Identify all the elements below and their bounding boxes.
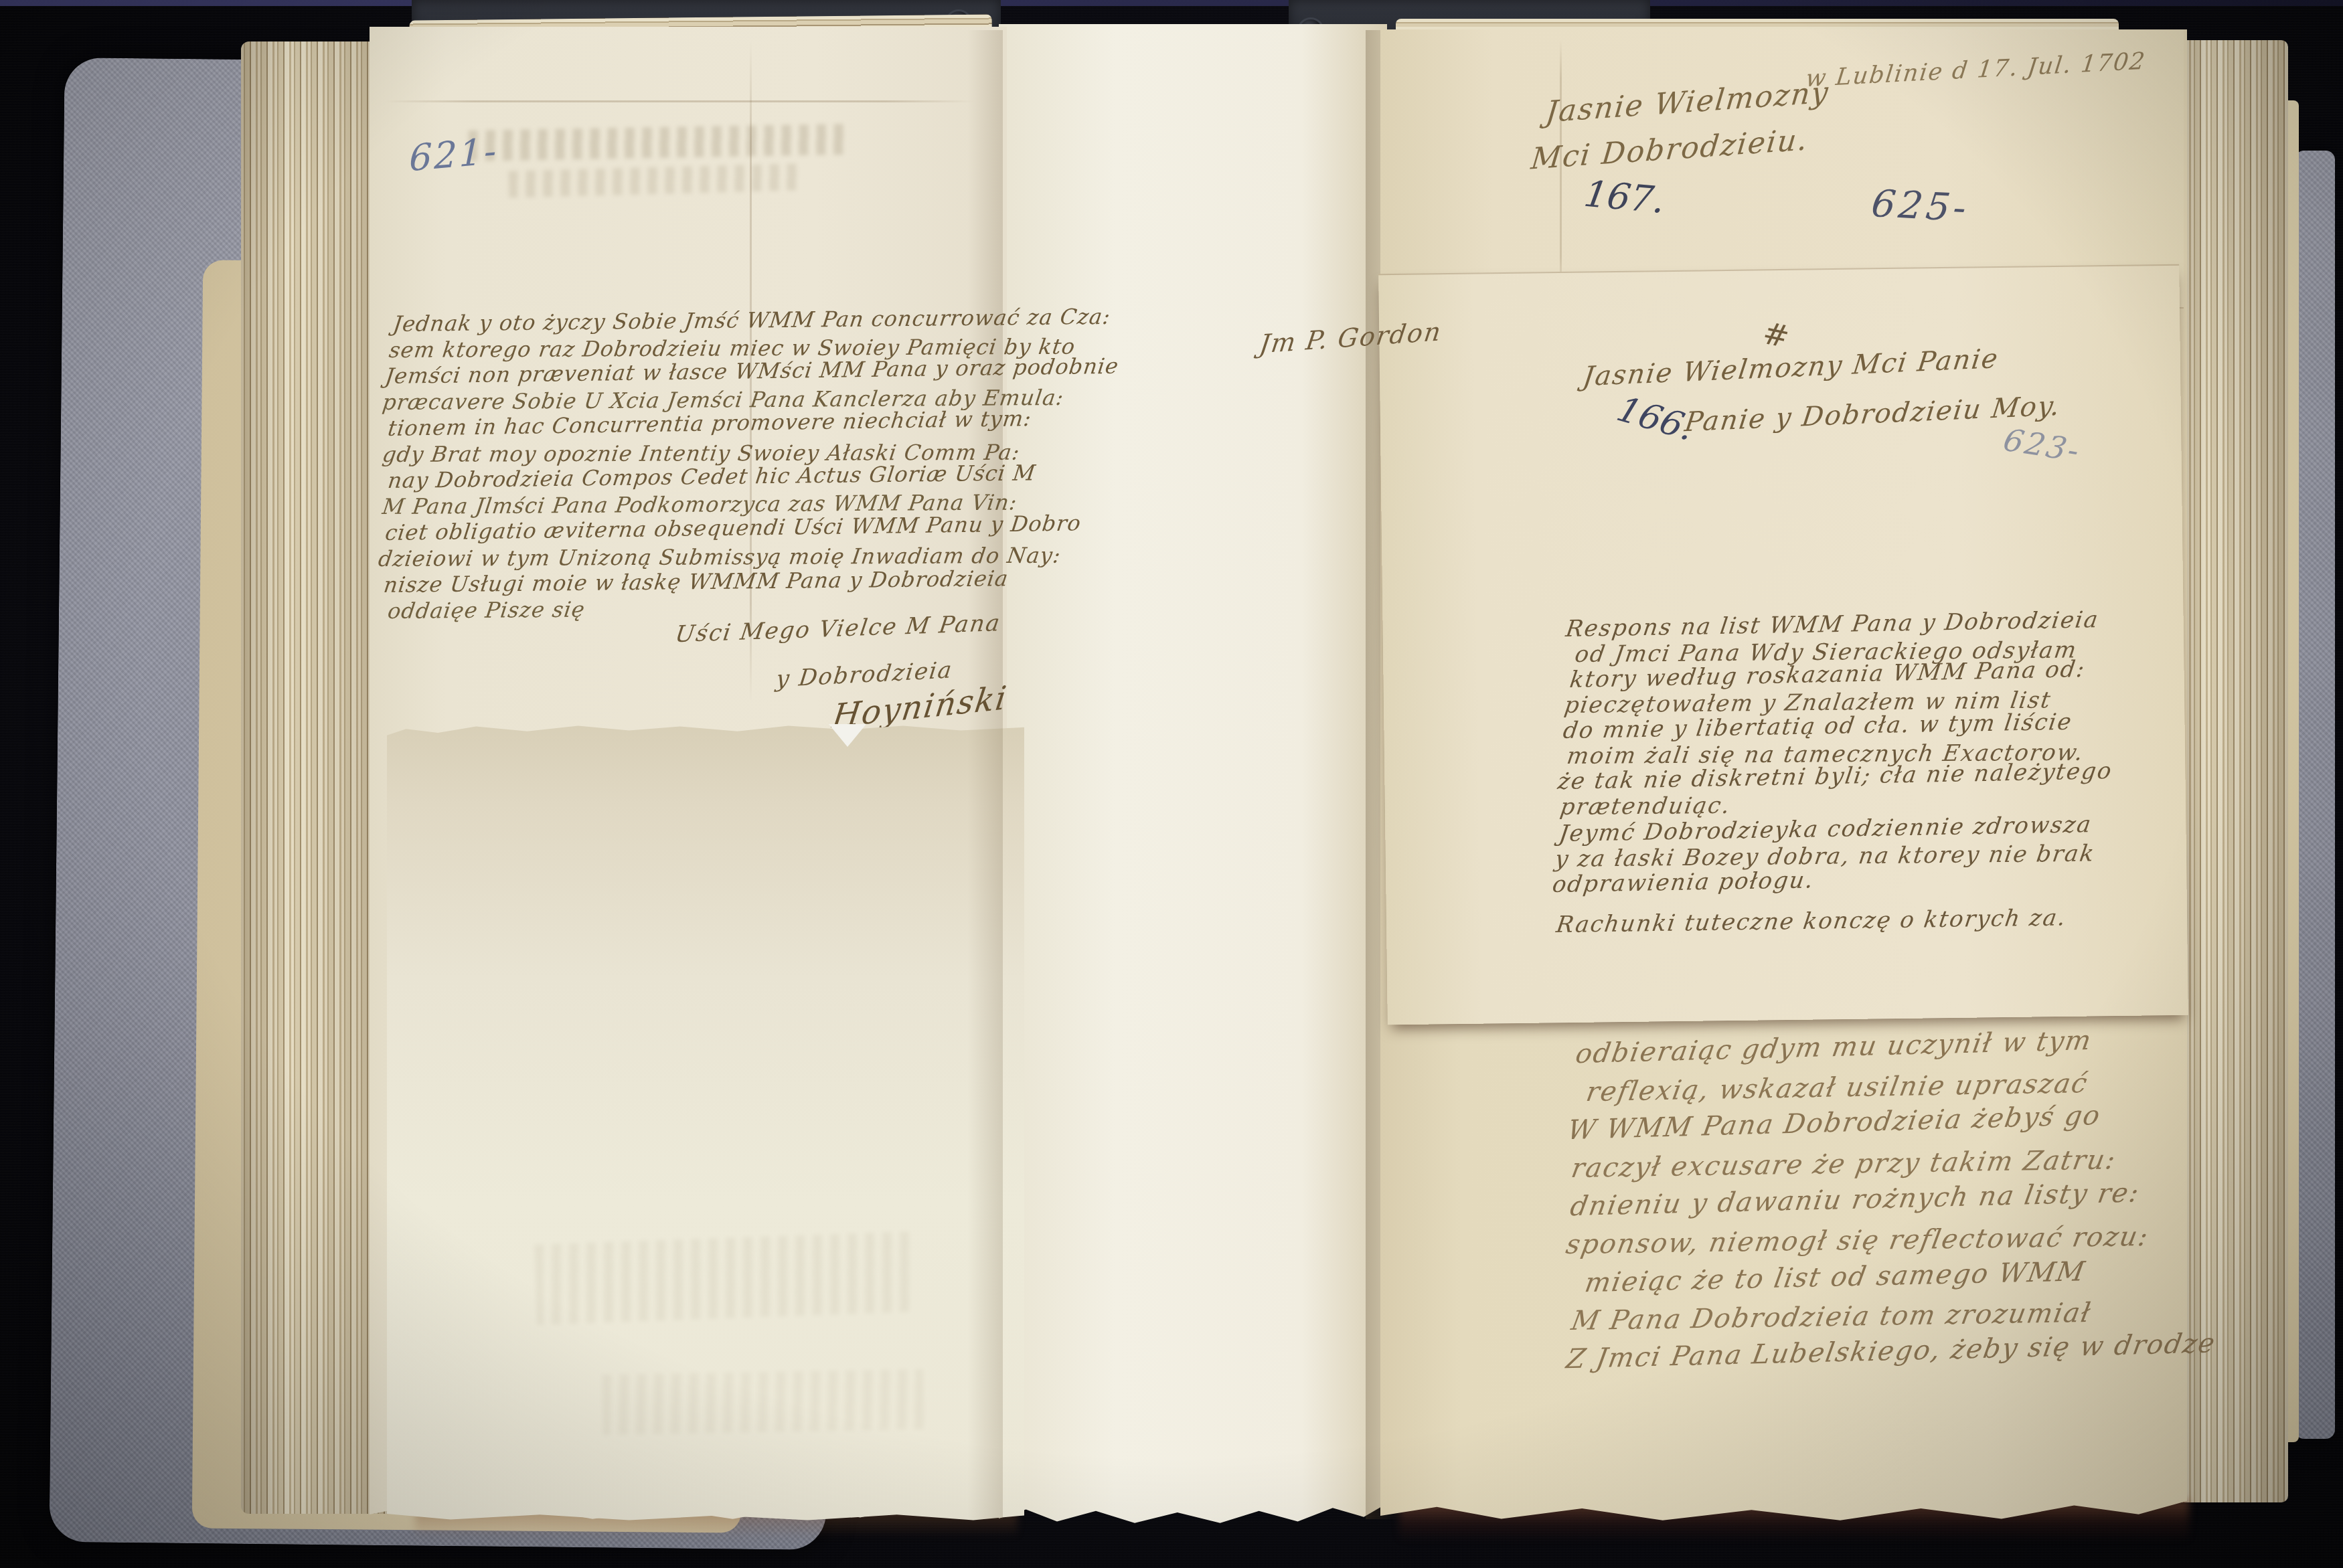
folio-number: 625- [1869, 182, 1972, 230]
page-stack-right [2174, 40, 2288, 1502]
left-page-fold-line [385, 100, 974, 102]
book-cover-right-edge [2295, 151, 2335, 1439]
manuscript-photo: 621- Jednak y oto życzy Sobie Jmść WMM P… [0, 0, 2343, 1568]
gutter-shadow [959, 30, 1003, 1519]
ink-showthrough [469, 124, 844, 161]
page-number-left: 621- [409, 129, 499, 179]
guard-page-center [999, 24, 1387, 1525]
ink-showthrough [534, 1231, 912, 1324]
handwriting-line: y za łaski Bozey dobra, na ktorey nie br… [1553, 841, 2097, 873]
handwriting-line: odprawienia połogu. [1550, 867, 1815, 898]
ink-showthrough [602, 1369, 924, 1435]
doc-number: 167. [1581, 173, 1668, 222]
handwriting-line: oddaięe Pisze się [386, 596, 586, 624]
handwriting-line: prætenduiąc. [1558, 792, 1732, 820]
background-top-edge [0, 0, 2343, 6]
